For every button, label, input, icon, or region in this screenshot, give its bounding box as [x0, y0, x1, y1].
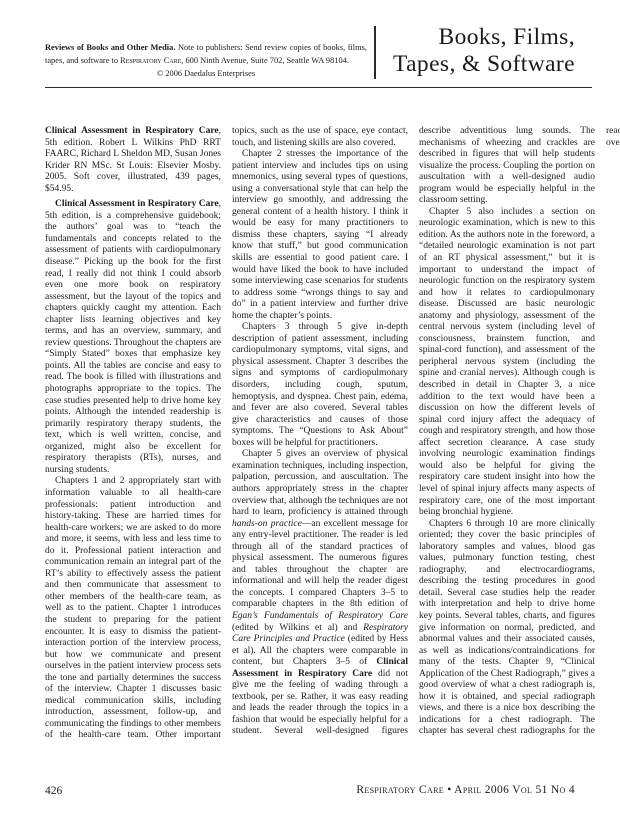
publisher-note: Reviews of Books and Other Media. Note t…	[45, 41, 367, 67]
copyright-line: © 2006 Daedalus Enterprises	[45, 67, 367, 80]
section-title-line2: Tapes, & Software	[393, 51, 575, 77]
header-horizontal-rule	[45, 87, 592, 88]
review-paragraph: Chapter 2 stresses the importance of the…	[232, 149, 408, 322]
page-number: 426	[45, 785, 62, 797]
header-vertical-rule	[374, 26, 376, 79]
section-title-line1: Books, Films,	[439, 24, 575, 50]
journal-page: Reviews of Books and Other Media. Note t…	[0, 0, 620, 830]
review-text: Clinical Assessment in Respiratory Care,…	[45, 126, 595, 746]
journal-footer-line: Respiratory Care • April 2006 Vol 51 No …	[356, 784, 575, 796]
section-title: Books, Films, Tapes, & Software	[393, 24, 575, 77]
review-paragraph: Clinical Assessment in Respiratory Care,…	[45, 199, 221, 476]
review-paragraph: Chapter 5 also includes a section on neu…	[419, 207, 595, 519]
book-citation: Clinical Assessment in Respiratory Care,…	[45, 126, 221, 195]
review-paragraph: Chapters 3 through 5 give in-depth descr…	[232, 322, 408, 449]
